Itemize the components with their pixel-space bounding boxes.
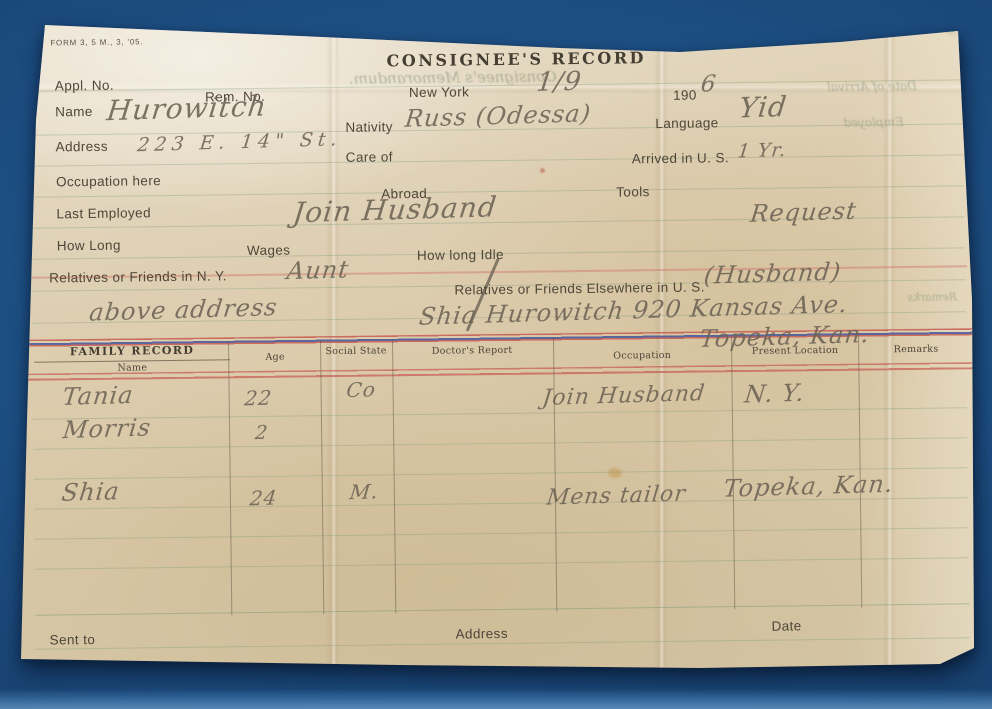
ghost-date-of-arrival-text: Date of Arrival [827, 79, 917, 94]
background-light-band [0, 689, 992, 709]
family-record-title: FAMILY RECORD [34, 343, 230, 362]
ghost-remarks-text: Remarks [907, 290, 957, 304]
table-column-line [553, 337, 557, 611]
table-column-line [228, 341, 232, 615]
column-header-occupation: Occupation [556, 349, 728, 363]
last-employed-label: Last Employed [56, 205, 151, 221]
care-of-label: Care of [346, 149, 393, 165]
table-cell-name: Tania [61, 381, 135, 411]
table-cell-present-location: N. Y. [743, 379, 806, 409]
year-printed: 190 [673, 88, 697, 103]
relatives-ny-label: Relatives or Friends in N. Y. [49, 268, 227, 285]
table-cell-social-state: Co [345, 377, 377, 402]
nativity-value: Russ (Odessa) [404, 99, 593, 133]
table-cell-age: 2 [254, 422, 270, 444]
photo-background: Consignee's Memorandum. Date of Arrival … [0, 0, 992, 709]
table-cell-age: 22 [243, 386, 273, 411]
occupation-here-label: Occupation here [56, 173, 161, 189]
column-header-social-state: Social State [322, 345, 390, 358]
paper-sheet: Consignee's Memorandum. Date of Arrival … [0, 0, 992, 709]
sent-to-label: Sent to [50, 632, 96, 648]
occupation-note: Join Husband [291, 190, 498, 229]
name-label: Name [55, 104, 93, 119]
table-cell-occupation: Mens tailor [545, 482, 687, 511]
column-header-present-location: Present Location [734, 345, 856, 358]
handwritten-date: 1/9 [535, 67, 583, 98]
table-column-line [392, 339, 396, 613]
form-number: FORM 3, 5 M., 3, '05. [50, 37, 143, 47]
footer-address-label: Address [455, 626, 508, 642]
address-value: 223 E. 14" St. [136, 128, 343, 156]
how-long-label: How Long [57, 238, 121, 254]
relatives-ny-detail: above address [88, 293, 279, 327]
handwritten-year: 6 [699, 71, 718, 97]
column-header-doctors-report: Doctor's Report [394, 344, 550, 358]
wages-label: Wages [247, 243, 291, 259]
table-cell-age: 24 [249, 485, 279, 510]
how-long-idle-label: How long Idle [417, 247, 504, 263]
request-note: Request [749, 197, 859, 228]
nativity-label: Nativity [345, 119, 393, 135]
address-label: Address [56, 139, 109, 155]
language-value: Yid [737, 90, 789, 124]
table-cell-name: Shia [60, 477, 121, 507]
table-column-line [320, 340, 324, 614]
form-content: Consignee's Memorandum. Date of Arrival … [0, 0, 992, 709]
table-cell-present-location: Topeka, Kan. [722, 470, 895, 503]
tools-label: Tools [616, 184, 650, 199]
table-cell-name: Morris [61, 413, 152, 444]
table-column-line [731, 335, 735, 609]
column-header-age: Age [232, 351, 318, 364]
relatives-us-value: (Husband) [703, 258, 843, 290]
footer-date-label: Date [771, 618, 801, 633]
table-cell-occupation: Join Husband [541, 381, 706, 411]
city-label: New York [409, 84, 469, 100]
column-header-name: Name [34, 361, 230, 375]
arrived-label: Arrived in U. S. [632, 150, 729, 166]
language-label: Language [655, 115, 718, 131]
relatives-ny-value: Aunt [286, 255, 351, 285]
appl-no-label: Appl. No. [55, 78, 114, 94]
arrived-value: 1 Yr. [736, 139, 787, 162]
name-value: Hurowitch [105, 89, 269, 127]
document-paper: Consignee's Memorandum. Date of Arrival … [0, 0, 992, 709]
table-cell-social-state: M. [348, 479, 380, 504]
column-header-remarks: Remarks [862, 343, 970, 356]
ghost-employed-text: Employed [843, 115, 904, 130]
